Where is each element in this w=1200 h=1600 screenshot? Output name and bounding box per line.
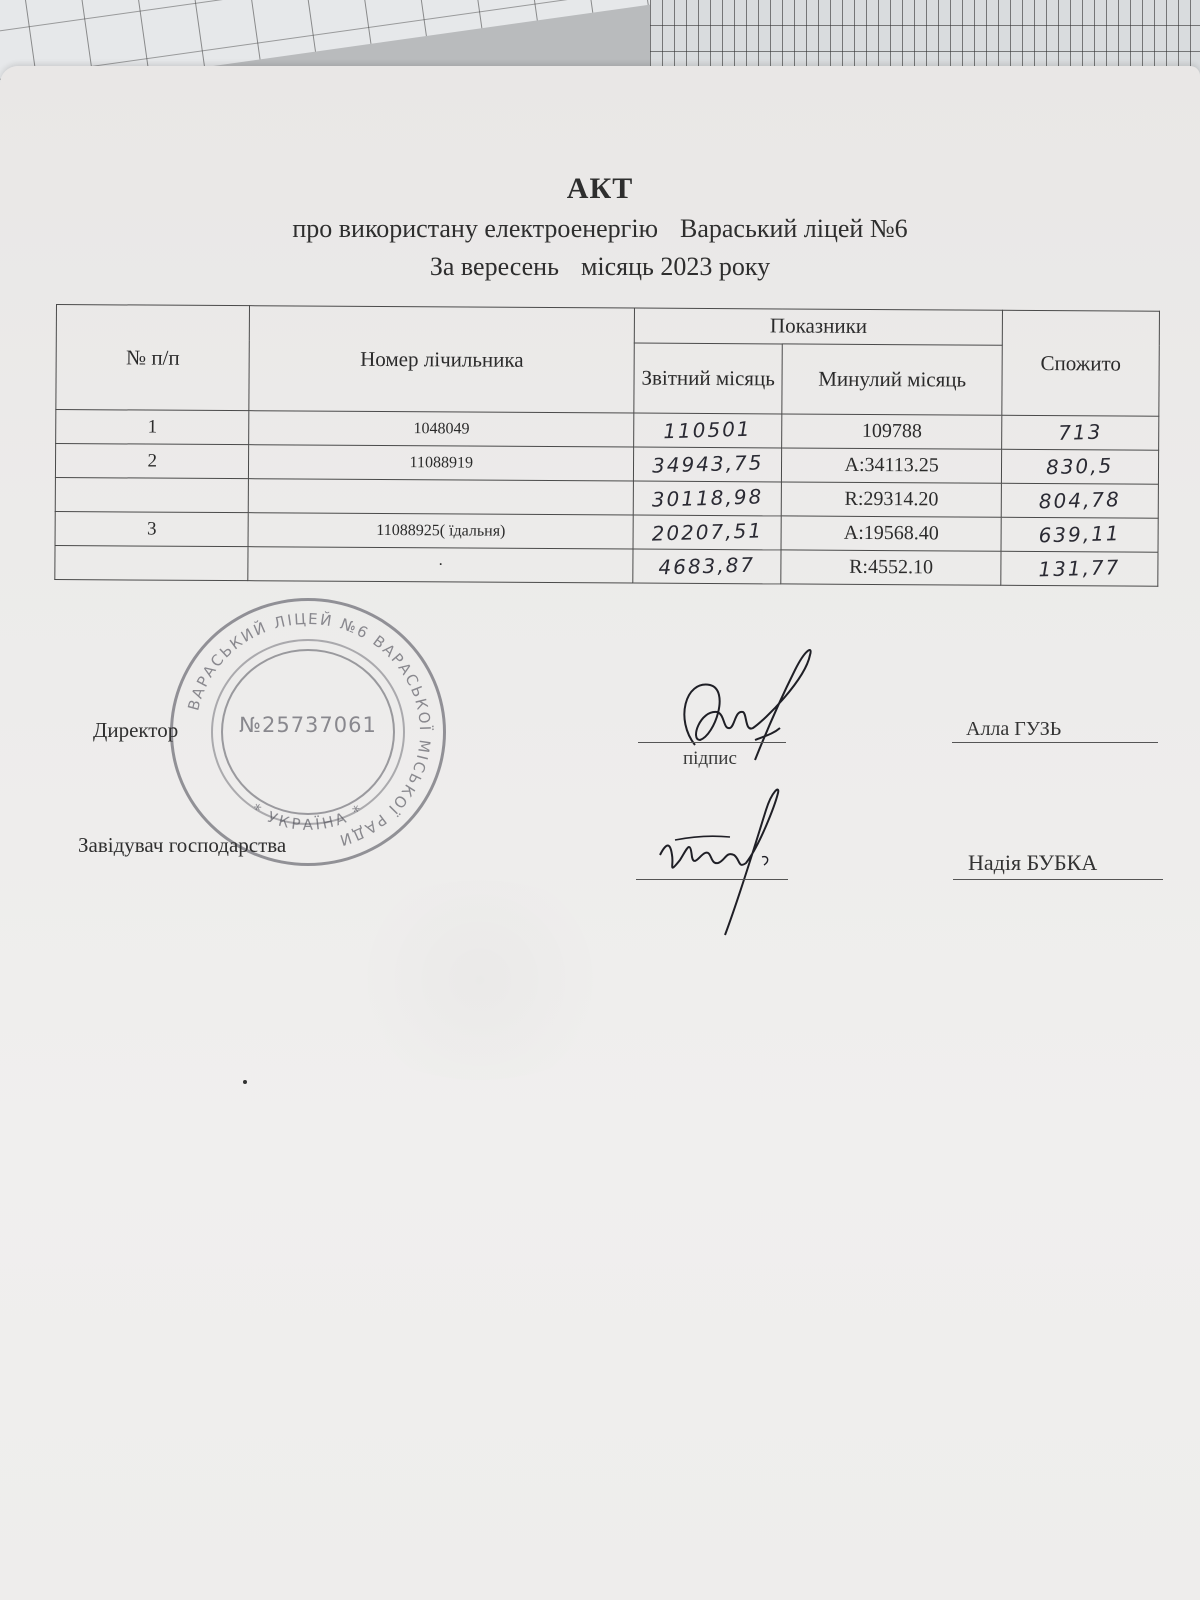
row-number-cell: 1 <box>56 410 250 445</box>
previous-reading: A:19568.40 <box>844 522 939 545</box>
header-number: № п/п <box>56 305 250 411</box>
previous-reading-cell: R:4552.10 <box>781 550 1001 585</box>
director-signature <box>655 640 825 770</box>
manager-name: Надія БУБКА <box>968 850 1097 876</box>
meter-number-cell: · <box>248 547 633 583</box>
meter-number: · <box>438 556 443 573</box>
electricity-usage-table: № п/п Номер лічильника Показники Спожито… <box>54 304 1160 587</box>
organization-name: Вараський ліцей №6 <box>680 214 908 243</box>
reporting-reading-cell: 30118,98 <box>633 481 781 516</box>
reporting-reading: 30118,98 <box>651 484 763 511</box>
header-previous-month: Минулий місяць <box>782 344 1002 416</box>
row-number: 1 <box>148 416 158 437</box>
reporting-reading: 110501 <box>663 417 752 444</box>
reporting-reading-cell: 110501 <box>634 413 782 448</box>
previous-reading: 109788 <box>862 420 922 442</box>
reporting-reading: 20207,51 <box>651 518 763 545</box>
header-readings: Показники <box>634 308 1002 345</box>
consumed-value: 713 <box>1058 420 1103 445</box>
consumed-value: 131,77 <box>1038 555 1121 581</box>
reporting-reading-cell: 4683,87 <box>633 549 781 584</box>
director-name: Алла ГУЗЬ <box>966 718 1061 741</box>
period-year: місяць 2023 року <box>581 252 770 281</box>
row-number-cell: 2 <box>55 444 249 479</box>
ink-dot <box>243 1080 247 1084</box>
reporting-reading: 34943,75 <box>652 450 764 477</box>
document-subtitle: про використану електроенергіюВараський … <box>0 214 1200 244</box>
row-number: 2 <box>147 450 157 471</box>
row-number: 3 <box>147 518 157 539</box>
consumed-value: 639,11 <box>1038 521 1121 547</box>
reporting-reading-cell: 34943,75 <box>634 447 782 482</box>
meter-number: 11088925( їдальня) <box>376 521 505 539</box>
table-row: ·4683,87R:4552.10131,77 <box>55 545 1158 586</box>
meter-number-cell: 11088925( їдальня) <box>248 513 633 549</box>
subtitle-subject: про використану електроенергію <box>292 214 658 243</box>
consumed-value-cell: 131,77 <box>1001 551 1158 586</box>
director-label: Директор <box>93 718 178 743</box>
previous-reading-cell: 109788 <box>782 414 1002 449</box>
header-meter-number: Номер лічильника <box>249 306 634 413</box>
meter-number-cell: 11088919 <box>249 445 634 481</box>
meter-number: 1048049 <box>413 420 469 437</box>
consumed-value-cell: 639,11 <box>1001 517 1158 552</box>
manager-signature <box>650 785 800 945</box>
header-consumed: Спожито <box>1002 310 1159 416</box>
row-number-cell <box>55 477 249 512</box>
period-month: За вересень <box>430 252 559 281</box>
previous-reading: R:29314.20 <box>844 488 938 511</box>
consumed-value-cell: 830,5 <box>1002 449 1159 484</box>
signature-caption: підпис <box>683 748 737 770</box>
previous-reading: A:34113.25 <box>844 454 938 477</box>
official-stamp: ВАРАСЬКИЙ ЛІЦЕЙ №6 ВАРАСЬКОЇ МІСЬКОЇ РАД… <box>170 598 446 866</box>
row-number-cell: 3 <box>55 511 249 546</box>
manager-signature-line <box>636 879 788 880</box>
row-number-cell <box>55 545 249 580</box>
previous-reading: R:4552.10 <box>849 556 933 579</box>
consumed-value-cell: 713 <box>1002 415 1159 450</box>
header-reporting-month: Звітний місяць <box>634 343 782 414</box>
consumed-value: 830,5 <box>1046 453 1114 479</box>
consumed-value: 804,78 <box>1039 487 1122 513</box>
previous-reading-cell: A:34113.25 <box>782 448 1002 483</box>
consumed-value-cell: 804,78 <box>1001 483 1158 518</box>
director-name-line <box>952 742 1158 743</box>
meter-number-cell <box>249 479 634 515</box>
director-signature-line <box>638 742 786 743</box>
manager-label: Завідувач господарства <box>78 833 286 858</box>
meter-number-cell: 1048049 <box>249 411 634 447</box>
document-title: АКТ <box>0 172 1200 206</box>
reporting-reading-cell: 20207,51 <box>633 515 781 550</box>
document-period: За вересеньмісяць 2023 року <box>0 252 1200 282</box>
stamp-code: №25737061 <box>173 713 443 737</box>
faint-stamp-imprint <box>330 880 630 1080</box>
previous-reading-cell: A:19568.40 <box>781 516 1001 551</box>
manager-name-line <box>953 879 1163 880</box>
previous-reading-cell: R:29314.20 <box>781 482 1001 517</box>
reporting-reading: 4683,87 <box>658 553 755 580</box>
meter-number: 11088919 <box>410 454 474 471</box>
